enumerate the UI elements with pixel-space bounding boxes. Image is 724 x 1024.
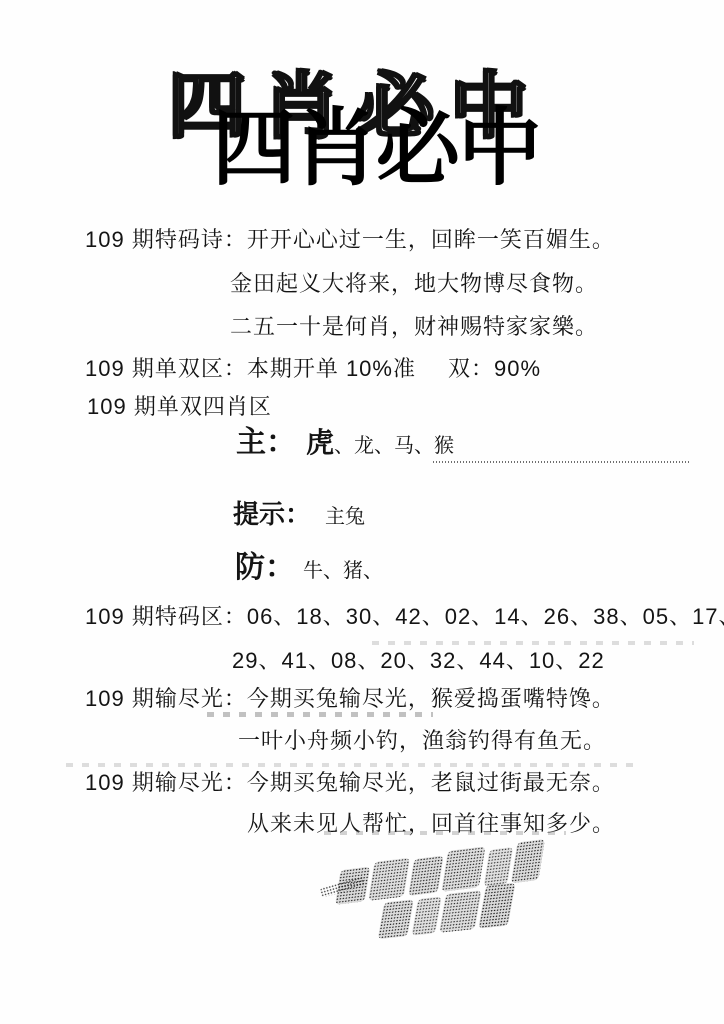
tip-value: 主兔	[325, 506, 365, 528]
tema-poem-line-3: 二五一十是何肖，财神赐特家家樂。	[230, 314, 598, 339]
scan-artifact-dashes	[372, 641, 694, 645]
fill-in-underline	[433, 461, 691, 463]
sixiao-header: 109 期单双四肖区	[87, 394, 272, 419]
shujinguang2-text-1: 今期买兔输尽光，老鼠过街最无奈。	[247, 770, 615, 795]
shujinguang2-line-1: 109 期输尽光：今期买兔输尽光，老鼠过街最无奈。	[85, 770, 615, 795]
zhu-primary-zodiac: 虎	[306, 427, 334, 458]
danshuang-label: 109 期单双区：	[85, 356, 247, 381]
shuang-value: 90%	[494, 356, 541, 381]
watermark-blob	[478, 883, 515, 929]
watermark-blob	[511, 839, 545, 884]
shujinguang1-label: 109 期输尽光：	[85, 686, 247, 711]
page-title: 四肖必中	[212, 106, 540, 190]
tema-numbers-row-1: 06、18、30、42、02、14、26、38、05、17、	[247, 604, 724, 629]
tema-numbers-label: 109 期特码区：	[85, 604, 247, 629]
scan-artifact-row	[66, 763, 640, 767]
tema-poem-label: 109 期特码诗：	[85, 227, 247, 252]
shujinguang1-line-2: 一叶小舟频小钓，渔翁钓得有鱼无。	[238, 728, 606, 753]
shujinguang2-label: 109 期输尽光：	[85, 770, 247, 795]
watermark-blob	[439, 890, 482, 933]
fang-line: 防：牛、猪、	[235, 551, 383, 586]
fang-value: 牛、猪、	[303, 560, 383, 582]
fang-label: 防：	[235, 551, 295, 584]
danshuang-line: 109 期单双区：本期开单 10%准	[85, 356, 416, 381]
scan-artifact-clipped-text	[207, 712, 433, 717]
tip-line: 提示：主兔	[233, 500, 365, 530]
tema-poem-text-1: 开开心心过一生，回眸一笑百媚生。	[247, 227, 615, 252]
watermark-blob	[378, 899, 414, 939]
tema-poem-line-1: 109 期特码诗：开开心心过一生，回眸一笑百媚生。	[85, 227, 615, 252]
tema-numbers-row-2: 29、41、08、20、32、44、10、22	[232, 648, 605, 673]
shujinguang1-line-1: 109 期输尽光：今期买兔输尽光，猴爱捣蛋嘴特馋。	[85, 686, 615, 711]
tip-label: 提示：	[233, 499, 311, 529]
lottery-tip-sheet: 四肖必中 四肖必中 109 期特码诗：开开心心过一生，回眸一笑百媚生。 金田起义…	[0, 0, 724, 1024]
watermark-blob	[411, 896, 441, 935]
danshuang-shuang: 双：90%	[448, 356, 541, 381]
zhu-zodiac-line: 主：虎、龙、马、猴	[236, 426, 454, 461]
tema-numbers-line-1: 109 期特码区：06、18、30、42、02、14、26、38、05、17、	[85, 604, 724, 629]
danshuang-dan-text: 本期开单 10%准	[247, 356, 416, 381]
shujinguang1-text-1: 今期买兔输尽光，猴爱捣蛋嘴特馋。	[247, 686, 615, 711]
shuang-label: 双：	[448, 356, 494, 381]
tema-poem-line-2: 金田起义大将来，地大物博尽食物。	[230, 271, 598, 296]
zhu-label: 主：	[236, 426, 296, 459]
zhu-other-zodiacs: 、龙、马、猴	[334, 435, 454, 457]
